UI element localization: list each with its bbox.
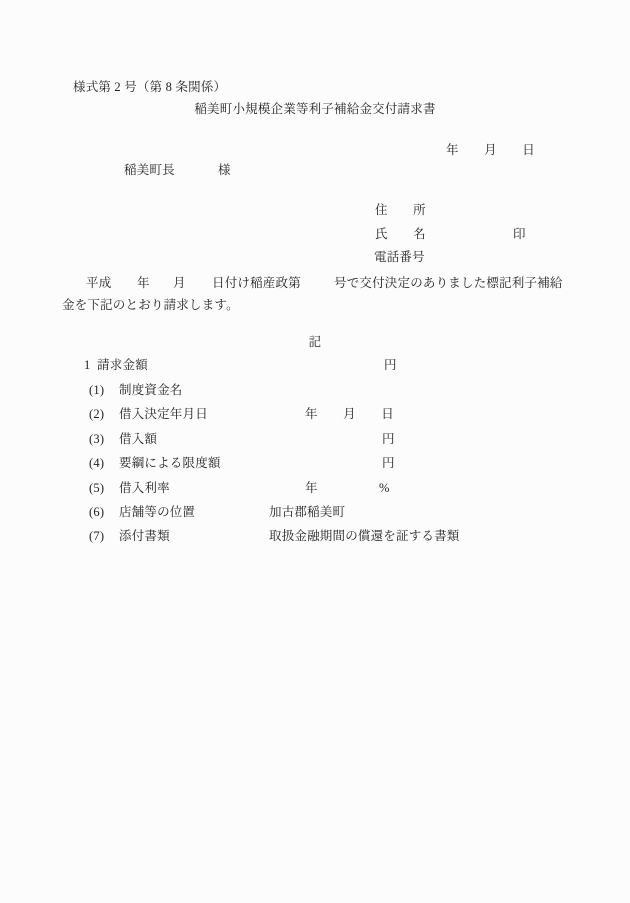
item-value: 年 月 日 xyxy=(305,407,394,421)
body-day-ref: 日付け稲産政第 xyxy=(212,276,301,290)
claim-number: 1 xyxy=(84,358,90,372)
item-unit: 円 xyxy=(382,432,395,446)
body-line-2: 金を下記のとおり請求します。 xyxy=(0,298,630,313)
form-number-line: 様式第 2 号（第 8 条関係） xyxy=(0,80,630,95)
item-number: (5) xyxy=(89,481,104,495)
body-number-ref: 号で交付決定のありました標記利子補給 xyxy=(334,276,563,290)
address-line: 住 所 xyxy=(0,203,630,218)
item-unit: 円 xyxy=(382,456,395,470)
body-era: 平成 xyxy=(86,276,111,290)
item-value: 年 xyxy=(305,481,318,495)
item-row-6: (6) 店舗等の位置 加古郡稲美町 xyxy=(0,505,630,520)
phone-label: 電話番号 xyxy=(374,250,425,264)
body-continuation: 金を下記のとおり請求します。 xyxy=(62,298,239,312)
item-row-5: (5) 借入利率 年 % xyxy=(0,481,630,496)
document-title: 稲美町小規模企業等利子補給金交付請求書 xyxy=(0,102,630,116)
title-line: 稲美町小規模企業等利子補給金交付請求書 xyxy=(0,102,630,117)
addressee-honorific: 様 xyxy=(218,163,231,177)
record-mark-line: 記 xyxy=(0,335,630,350)
address-label: 住 所 xyxy=(375,203,426,217)
claim-unit: 円 xyxy=(384,358,397,372)
name-line: 氏 名 印 xyxy=(0,227,630,242)
item-label: 制度資金名 xyxy=(119,383,183,397)
name-label: 氏 名 xyxy=(375,227,426,241)
item-number: (4) xyxy=(89,456,104,470)
date-blank: 年 月 日 xyxy=(446,143,535,157)
item-number: (6) xyxy=(89,505,104,519)
item-row-2: (2) 借入決定年月日 年 月 日 xyxy=(0,407,630,422)
item-unit: % xyxy=(379,481,390,495)
addressee: 稲美町長 xyxy=(124,163,175,177)
body-month-label: 月 xyxy=(173,276,186,290)
item-number: (1) xyxy=(89,383,104,397)
body-line-1: 平成 年 月 日付け稲産政第 号で交付決定のありました標記利子補給 xyxy=(0,276,630,291)
seal-label: 印 xyxy=(513,227,526,241)
item-label: 要綱による限度額 xyxy=(119,456,221,470)
item-label: 借入決定年月日 xyxy=(119,407,208,421)
item-label: 借入額 xyxy=(119,432,157,446)
record-mark: 記 xyxy=(0,335,630,349)
date-line: 年 月 日 xyxy=(0,143,630,158)
document-page: 様式第 2 号（第 8 条関係） 稲美町小規模企業等利子補給金交付請求書 年 月… xyxy=(0,0,630,903)
item-row-4: (4) 要綱による限度額 円 xyxy=(0,456,630,471)
item-label: 添付書類 xyxy=(119,529,170,543)
item-value: 加古郡稲美町 xyxy=(269,505,345,519)
item-row-7: (7) 添付書類 取扱金融期間の償還を証する書類 xyxy=(0,529,630,544)
item-label: 借入利率 xyxy=(119,481,170,495)
item-number: (7) xyxy=(89,529,104,543)
item-number: (2) xyxy=(89,407,104,421)
item-label: 店舗等の位置 xyxy=(119,505,195,519)
claim-label: 請求金額 xyxy=(97,358,148,372)
item-value: 取扱金融期間の償還を証する書類 xyxy=(269,529,460,543)
form-number: 様式第 2 号（第 8 条関係） xyxy=(73,80,226,94)
item-number: (3) xyxy=(89,432,104,446)
addressee-line: 稲美町長 様 xyxy=(0,163,630,178)
phone-line: 電話番号 xyxy=(0,250,630,265)
claim-row: 1 請求金額 円 xyxy=(0,358,630,373)
body-year-label: 年 xyxy=(137,276,150,290)
item-row-1: (1) 制度資金名 xyxy=(0,383,630,398)
item-row-3: (3) 借入額 円 xyxy=(0,432,630,447)
